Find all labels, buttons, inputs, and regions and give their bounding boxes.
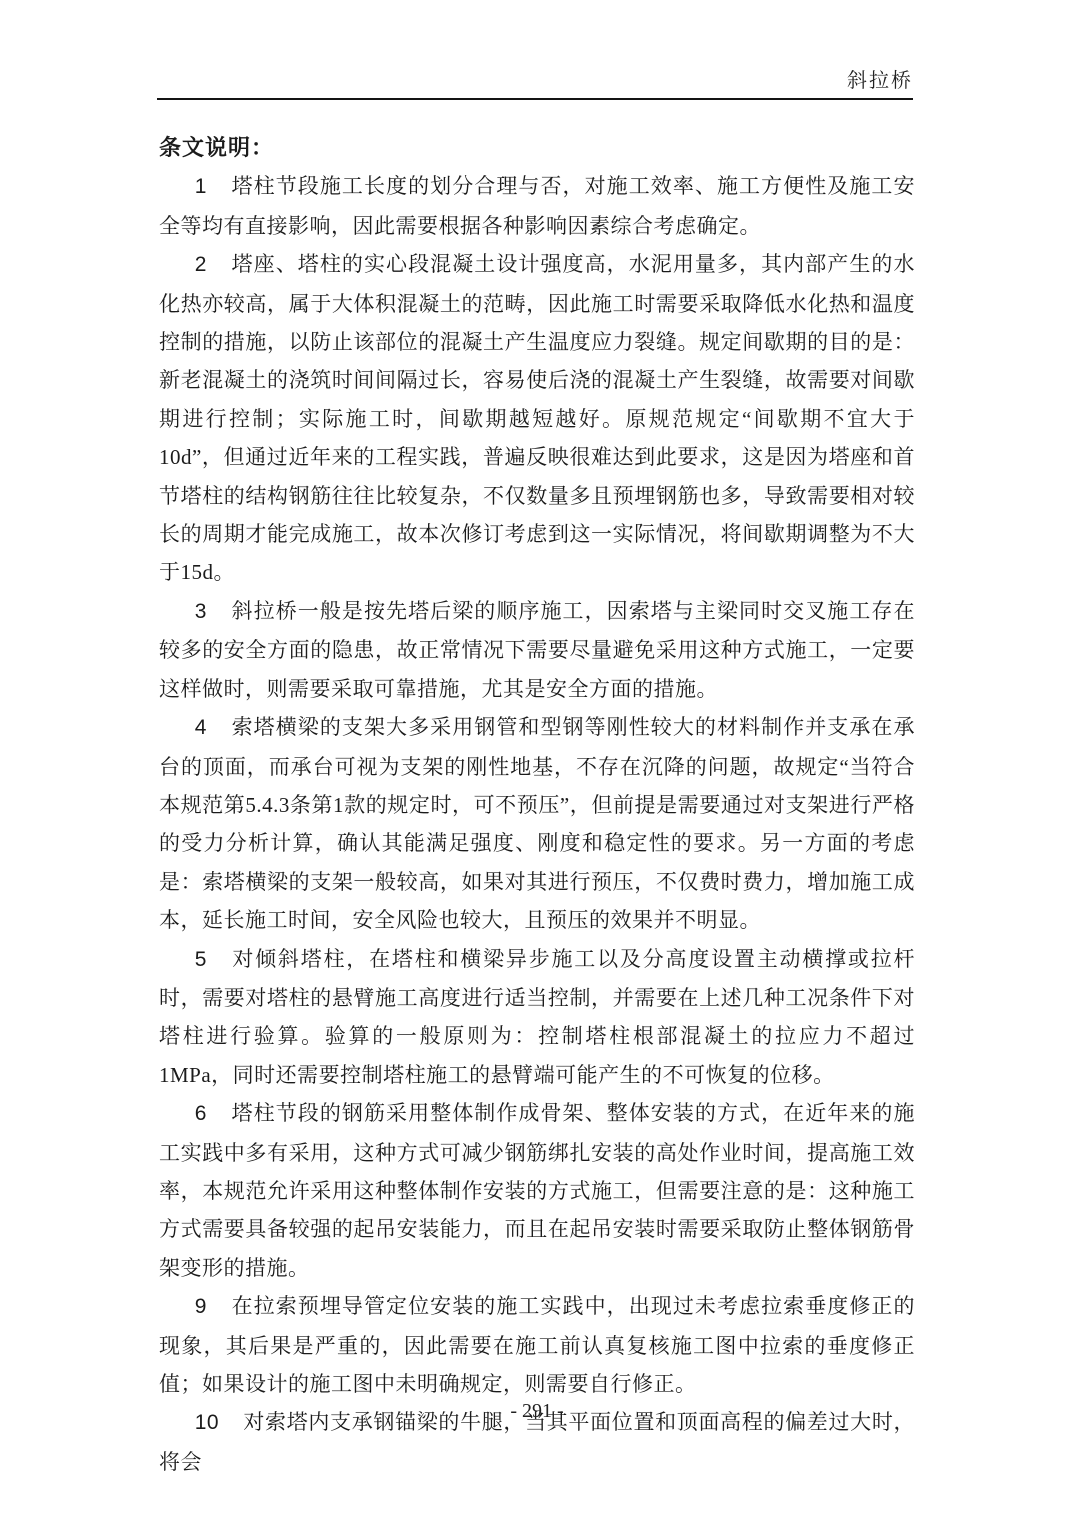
paragraph: 9在拉索预埋导管定位安装的施工实践中，出现过未考虑拉索垂度修正的现象，其后果是严… [159, 1287, 915, 1403]
paragraph-number: 5 [195, 948, 207, 971]
paragraph-list: 1塔柱节段施工长度的划分合理与否，对施工效率、施工方便性及施工安全等均有直接影响… [159, 167, 915, 1481]
document-page: 斜拉桥 条文说明： 1塔柱节段施工长度的划分合理与否，对施工效率、施工方便性及施… [0, 0, 1074, 1520]
paragraph-text: 斜拉桥一般是按先塔后梁的顺序施工，因索塔与主梁同时交叉施工存在较多的安全方面的隐… [159, 599, 915, 701]
page-footer: - 291 - [0, 1400, 1074, 1423]
paragraph-number: 2 [195, 253, 207, 276]
running-head-title: 斜拉桥 [847, 70, 913, 92]
paragraph-number: 1 [195, 175, 207, 198]
paragraph: 6塔柱节段的钢筋采用整体制作成骨架、整体安装的方式，在近年来的施工实践中多有采用… [159, 1094, 915, 1287]
page-header: 斜拉桥 [157, 64, 913, 93]
paragraph-number: 4 [195, 716, 207, 739]
paragraph: 5对倾斜塔柱，在塔柱和横梁异步施工以及分高度设置主动横撑或拉杆时，需要对塔柱的悬… [159, 940, 915, 1095]
paragraph: 2塔座、塔柱的实心段混凝土设计强度高，水泥用量多，其内部产生的水化热亦较高，属于… [159, 245, 915, 592]
section-title: 条文说明： [159, 129, 915, 167]
paragraph-text: 塔座、塔柱的实心段混凝土设计强度高，水泥用量多，其内部产生的水化热亦较高，属于大… [159, 252, 915, 584]
paragraph: 4索塔横梁的支架大多采用钢管和型钢等刚性较大的材料制作并支承在承台的顶面，而承台… [159, 708, 915, 939]
paragraph: 1塔柱节段施工长度的划分合理与否，对施工效率、施工方便性及施工安全等均有直接影响… [159, 167, 915, 245]
paragraph-text: 索塔横梁的支架大多采用钢管和型钢等刚性较大的材料制作并支承在承台的顶面，而承台可… [159, 715, 915, 932]
paragraph-text: 对倾斜塔柱，在塔柱和横梁异步施工以及分高度设置主动横撑或拉杆时，需要对塔柱的悬臂… [159, 947, 915, 1087]
document-body: 条文说明： 1塔柱节段施工长度的划分合理与否，对施工效率、施工方便性及施工安全等… [159, 129, 915, 1481]
paragraph-text: 塔柱节段的钢筋采用整体制作成骨架、整体安装的方式，在近年来的施工实践中多有采用，… [159, 1101, 915, 1280]
paragraph-number: 3 [195, 600, 207, 623]
page-number: - 291 - [510, 1400, 563, 1422]
paragraph-number: 6 [195, 1102, 207, 1125]
paragraph: 3斜拉桥一般是按先塔后梁的顺序施工，因索塔与主梁同时交叉施工存在较多的安全方面的… [159, 592, 915, 708]
header-rule [157, 98, 913, 100]
paragraph-number: 9 [195, 1295, 207, 1318]
paragraph-text: 在拉索预埋导管定位安装的施工实践中，出现过未考虑拉索垂度修正的现象，其后果是严重… [159, 1294, 915, 1396]
paragraph-text: 塔柱节段施工长度的划分合理与否，对施工效率、施工方便性及施工安全等均有直接影响，… [159, 174, 915, 237]
